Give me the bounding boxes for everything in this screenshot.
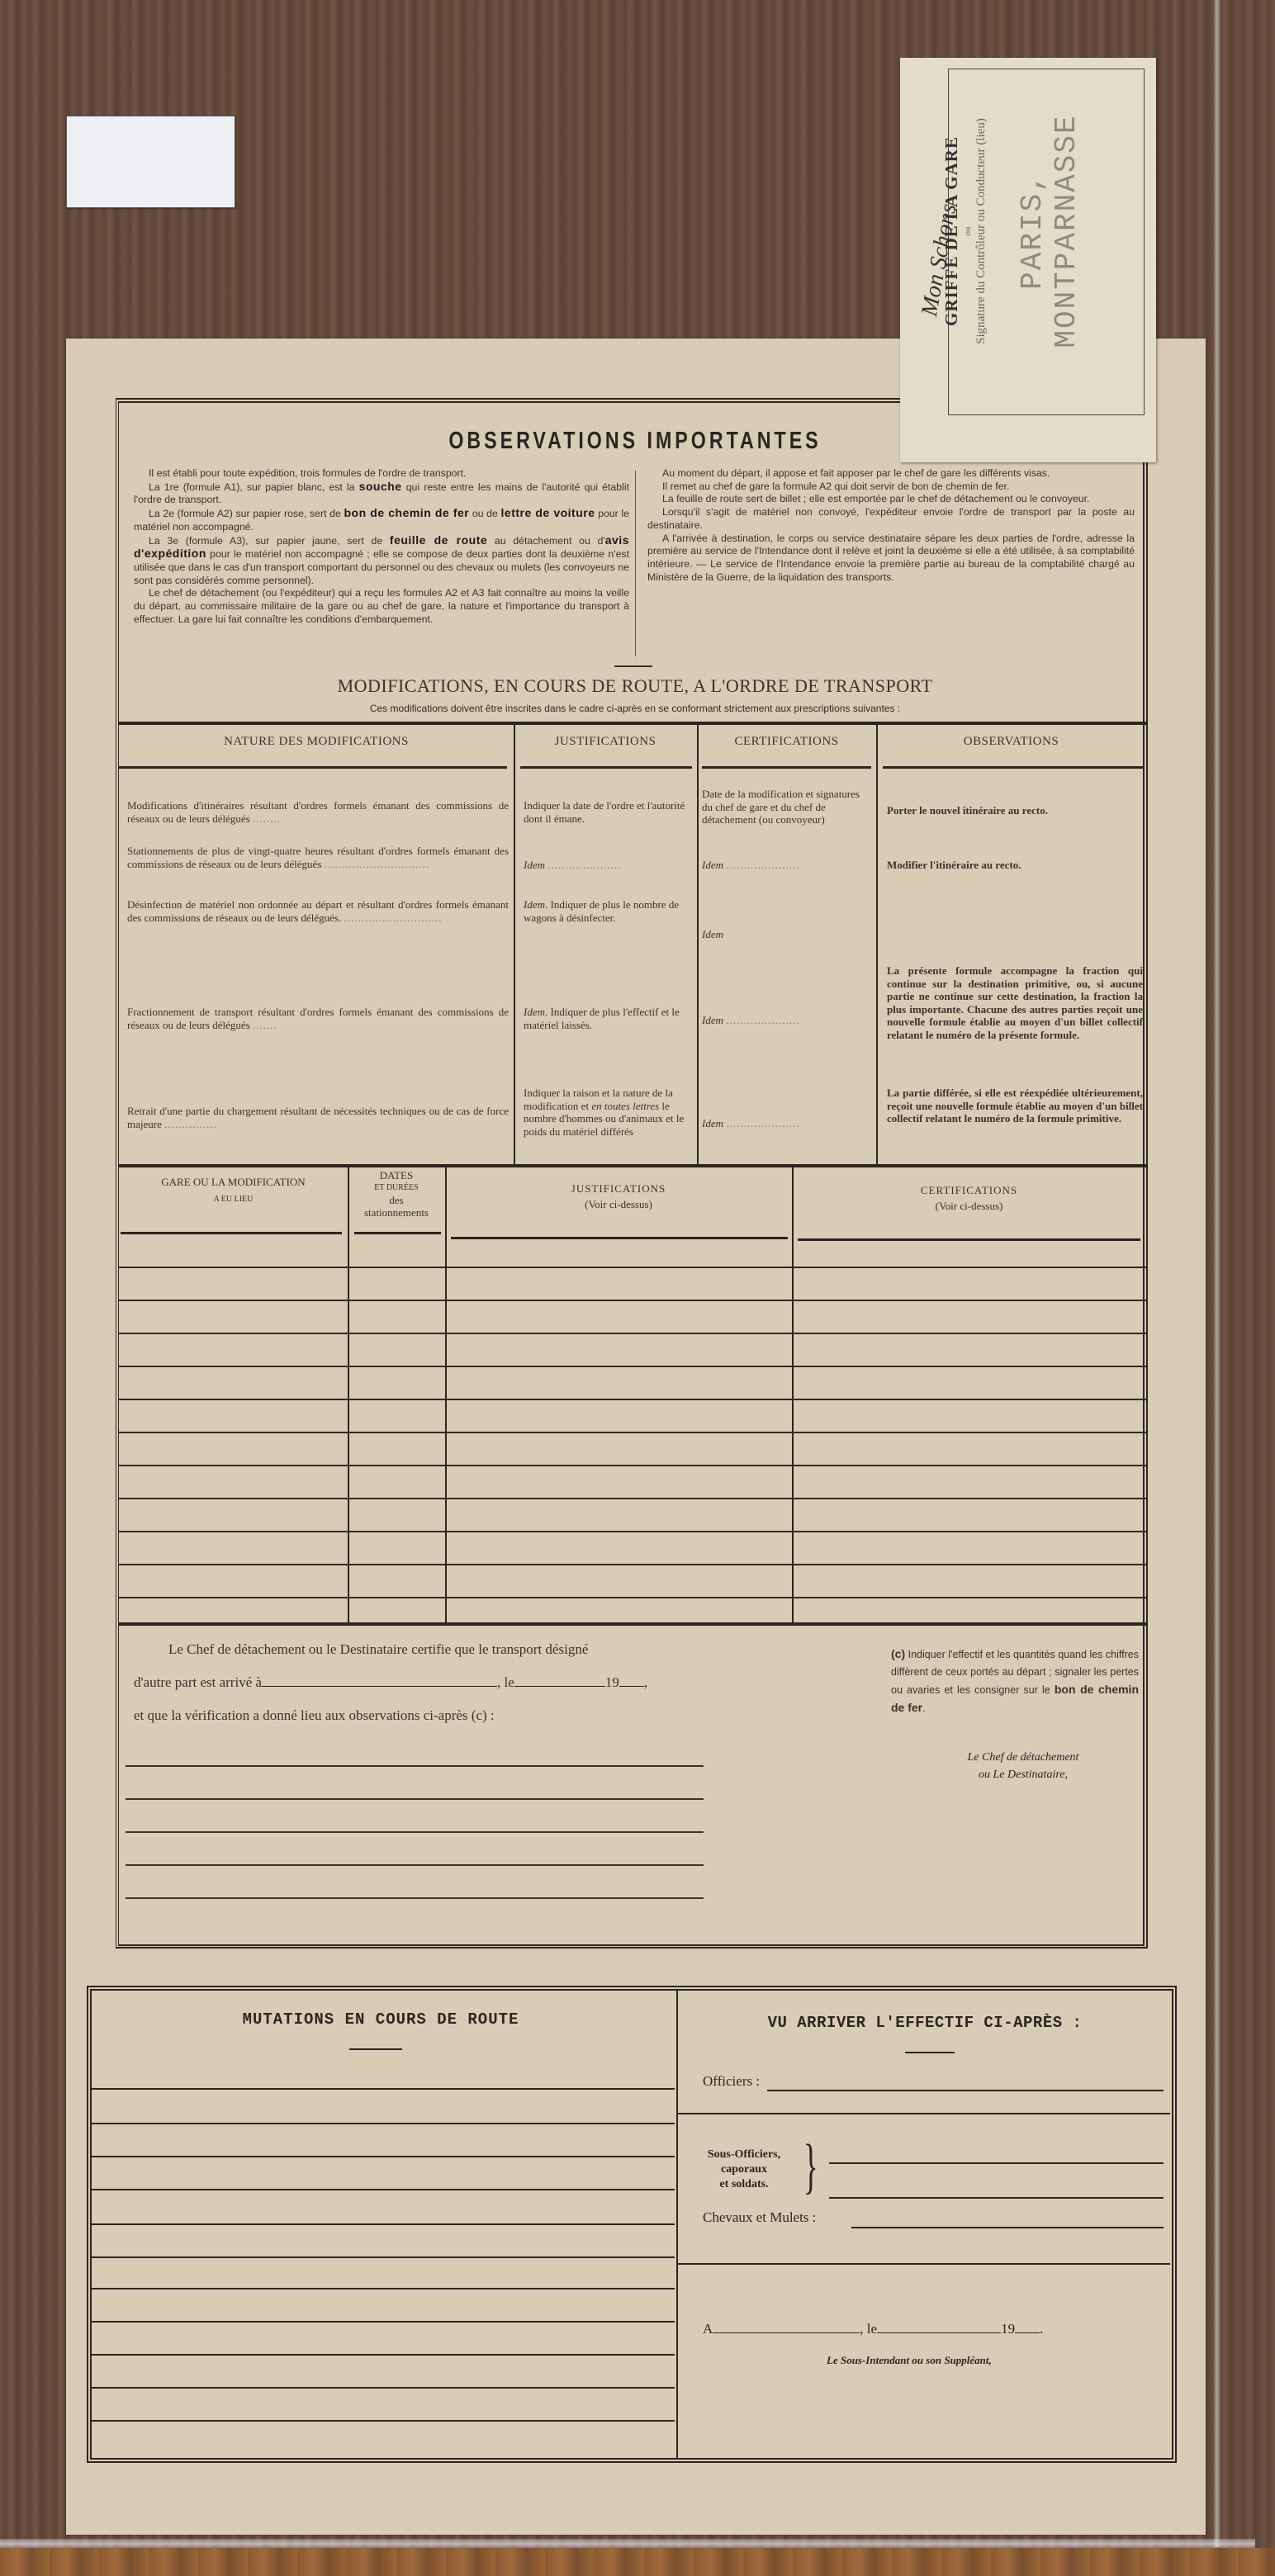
date-field[interactable]: [877, 2322, 1001, 2333]
column-divider: [876, 725, 878, 1164]
header-nature: NATURE DES MODIFICATIONS: [119, 735, 514, 749]
table-row-certification: Idem .....................: [702, 1014, 871, 1027]
wood-surface: [0, 2548, 1275, 2576]
chevaux-field[interactable]: [851, 2227, 1164, 2228]
table-row[interactable]: [119, 1465, 1146, 1466]
header-justifications: JUSTIFICATIONS (Voir ci-dessus): [445, 1182, 792, 1210]
plastic-sleeve-edge: [1214, 0, 1220, 2547]
obs-paragraph: A l'arrivée à destination, le corps ou s…: [647, 533, 1135, 585]
column-divider: [635, 471, 636, 656]
mutations-title: MUTATIONS EN COURS DE ROUTE: [92, 2010, 670, 2029]
header-dates: DATES ET DURÉES des stationnements: [348, 1169, 445, 1219]
year-field[interactable]: [1015, 2322, 1040, 2333]
signature-caption: Le Chef de détachement ou Le Destinatair…: [916, 1749, 1130, 1783]
header-justifications: JUSTIFICATIONS: [514, 735, 697, 749]
table-row-nature: Désinfection de matériel non ordonnée au…: [127, 898, 509, 924]
sous-officiers-label: Sous-Officiers, caporaux et soldats.: [699, 2147, 789, 2192]
mutation-row[interactable]: [92, 2288, 675, 2290]
header-gare: GARE OU LA MODIFICATION A EU LIEU: [119, 1176, 348, 1205]
cert-line-3: et que la vérification a donné lieu aux …: [134, 1707, 495, 1724]
table-row-nature: Modifications d'itinéraires résultant d'…: [127, 799, 509, 825]
table-row-justification: Idem .....................: [524, 859, 693, 872]
table-row[interactable]: [119, 1531, 1146, 1532]
arrival-place-field[interactable]: [262, 1675, 497, 1687]
obs-paragraph: Lorsqu'il s'agit de matériel non convoyé…: [647, 506, 1135, 532]
bottom-section-frame: MUTATIONS EN COURS DE ROUTE VU ARRIVER L…: [87, 1986, 1177, 2463]
station-stamp: PARIS, MONTPARNASSE: [1016, 58, 1083, 405]
table-row-certification: Idem .....................: [702, 859, 871, 872]
column-divider: [445, 1167, 447, 1622]
arrival-date-field[interactable]: [514, 1675, 605, 1687]
footnote-c: (c) Indiquer l'effectif et les quantités…: [891, 1646, 1139, 1717]
table-row[interactable]: [119, 1333, 1146, 1334]
header-certifications: CERTIFICATIONS: [697, 735, 876, 749]
table-row-observation: La présente formule accompagne la fracti…: [887, 964, 1143, 1041]
table-row-certification: Idem: [702, 928, 871, 941]
table-row-justification: Indiquer la raison et la nature de la mo…: [524, 1087, 693, 1138]
place-date-line: A, le19.: [703, 2321, 1043, 2337]
vu-arriver-title: VU ARRIVER L'EFFECTIF CI-APRÈS :: [680, 2014, 1170, 2032]
ticket-signature-caption: Signature du Contrôleur ou Conducteur (l…: [974, 58, 988, 405]
header-rule: [121, 1232, 342, 1234]
sous-officiers-field[interactable]: [829, 2162, 1164, 2164]
mutation-row[interactable]: [92, 2321, 675, 2323]
obs-paragraph: Il remet au chef de gare la formule A2 q…: [647, 481, 1135, 494]
table-row-observation: La partie différée, si elle est réexpédi…: [887, 1087, 1143, 1125]
table-row-observation: Porter le nouvel itinéraire au recto.: [887, 804, 1143, 817]
mutation-row[interactable]: [92, 2387, 675, 2389]
table-row-observation: Modifier l'itinéraire au recto.: [887, 859, 1143, 872]
arrival-year-field[interactable]: [619, 1675, 644, 1687]
table-row-nature: Stationnements de plus de vingt-quatre h…: [127, 845, 509, 870]
header-observations: OBSERVATIONS: [876, 735, 1146, 749]
header-rule: [883, 766, 1143, 769]
obs-paragraph: Il est établi pour toute expédition, tro…: [134, 467, 629, 481]
transport-order-form: OBSERVATIONS IMPORTANTES Il est établi p…: [66, 339, 1206, 2535]
mutation-row[interactable]: [92, 2088, 675, 2090]
mutation-row[interactable]: [92, 2123, 675, 2124]
table-row[interactable]: [119, 1267, 1146, 1268]
table-row[interactable]: [119, 1597, 1146, 1598]
chevaux-label: Chevaux et Mulets :: [703, 2209, 816, 2226]
modifications-subtitle: Ces modifications doivent être inscrites…: [119, 703, 1151, 714]
table-row-justification: Idem. Indiquer de plus le nombre de wago…: [524, 898, 693, 924]
table-row[interactable]: [119, 1300, 1146, 1301]
sous-officiers-field[interactable]: [829, 2197, 1164, 2199]
observations-right-column: Au moment du départ, il appose et fait a…: [647, 467, 1135, 584]
header-rule: [354, 1232, 441, 1234]
table-row-certification: Date de la modification et signatures du…: [702, 788, 871, 826]
table-row-certification: Idem .....................: [702, 1117, 871, 1130]
header-rule: [520, 766, 692, 769]
table-row-nature: Retrait d'une partie du chargement résul…: [127, 1105, 509, 1130]
brace-icon: }: [803, 2136, 818, 2197]
header-rule: [451, 1237, 788, 1239]
sous-intendant-signature: Le Sous-Intendant ou son Suppléant,: [827, 2354, 992, 2367]
header-rule: [702, 766, 871, 769]
mutation-row[interactable]: [92, 2223, 675, 2225]
column-divider: [676, 1991, 678, 2458]
table-row[interactable]: [119, 1498, 1146, 1499]
modifications-title: MODIFICATIONS, EN COURS DE ROUTE, A L'OR…: [119, 675, 1151, 697]
mutation-row[interactable]: [92, 2354, 675, 2356]
top-section-frame: OBSERVATIONS IMPORTANTES Il est établi p…: [116, 398, 1148, 1949]
officiers-field[interactable]: [767, 2090, 1164, 2091]
white-label: [66, 116, 235, 208]
obs-paragraph: La 2e (formule A2) sur papier rose, sert…: [134, 507, 629, 533]
table-row[interactable]: [119, 1366, 1146, 1367]
mutation-row[interactable]: [92, 2256, 675, 2258]
table-row-nature: Fractionnement de transport résultant d'…: [127, 1006, 509, 1031]
row-divider: [678, 2113, 1170, 2114]
mutation-row[interactable]: [92, 2189, 675, 2190]
obs-paragraph: Au moment du départ, il appose et fait a…: [647, 467, 1135, 481]
header-rule: [119, 766, 507, 769]
row-divider: [678, 2263, 1170, 2265]
modifications-table: NATURE DES MODIFICATIONS JUSTIFICATIONS …: [119, 722, 1146, 1167]
cert-line-2: d'autre part est arrivé à, le19,: [134, 1674, 647, 1691]
obs-paragraph: La feuille de route sert de billet ; ell…: [647, 493, 1135, 506]
station-stamp-ticket: GRIFFE DE LA GARE ou Signature du Contrô…: [900, 58, 1156, 462]
title-underline: [905, 2052, 955, 2053]
obs-paragraph: La 1re (formule A1), sur papier blanc, e…: [134, 481, 629, 507]
station-log-table: GARE OU LA MODIFICATION A EU LIEU DATES …: [119, 1167, 1146, 1626]
column-divider: [697, 725, 699, 1164]
obs-paragraph: La 3e (formule A3), sur papier jaune, se…: [134, 534, 629, 588]
table-row[interactable]: [119, 1399, 1146, 1400]
title-underline: [349, 2048, 402, 2050]
section-divider: [614, 665, 652, 667]
table-row[interactable]: [119, 1564, 1146, 1565]
mutation-row[interactable]: [92, 2156, 675, 2157]
table-row-justification: Idem. Indiquer de plus l'effectif et le …: [524, 1006, 693, 1031]
place-field[interactable]: [713, 2322, 860, 2333]
column-divider: [348, 1167, 349, 1622]
obs-paragraph: Le chef de détachement (ou l'expéditeur)…: [134, 587, 629, 626]
header-rule: [798, 1238, 1140, 1241]
table-row[interactable]: [119, 1432, 1146, 1433]
observations-left-column: Il est établi pour toute expédition, tro…: [134, 467, 629, 626]
mutation-row[interactable]: [92, 2420, 675, 2422]
cert-line-1: Le Chef de détachement ou le Destinatair…: [168, 1641, 588, 1658]
officiers-label: Officiers :: [703, 2073, 760, 2090]
table-row-justification: Indiquer la date de l'ordre et l'autorit…: [524, 799, 693, 825]
header-certifications: CERTIFICATIONS (Voir ci-dessus): [792, 1184, 1146, 1212]
column-divider: [792, 1167, 794, 1622]
column-divider: [514, 725, 515, 1164]
